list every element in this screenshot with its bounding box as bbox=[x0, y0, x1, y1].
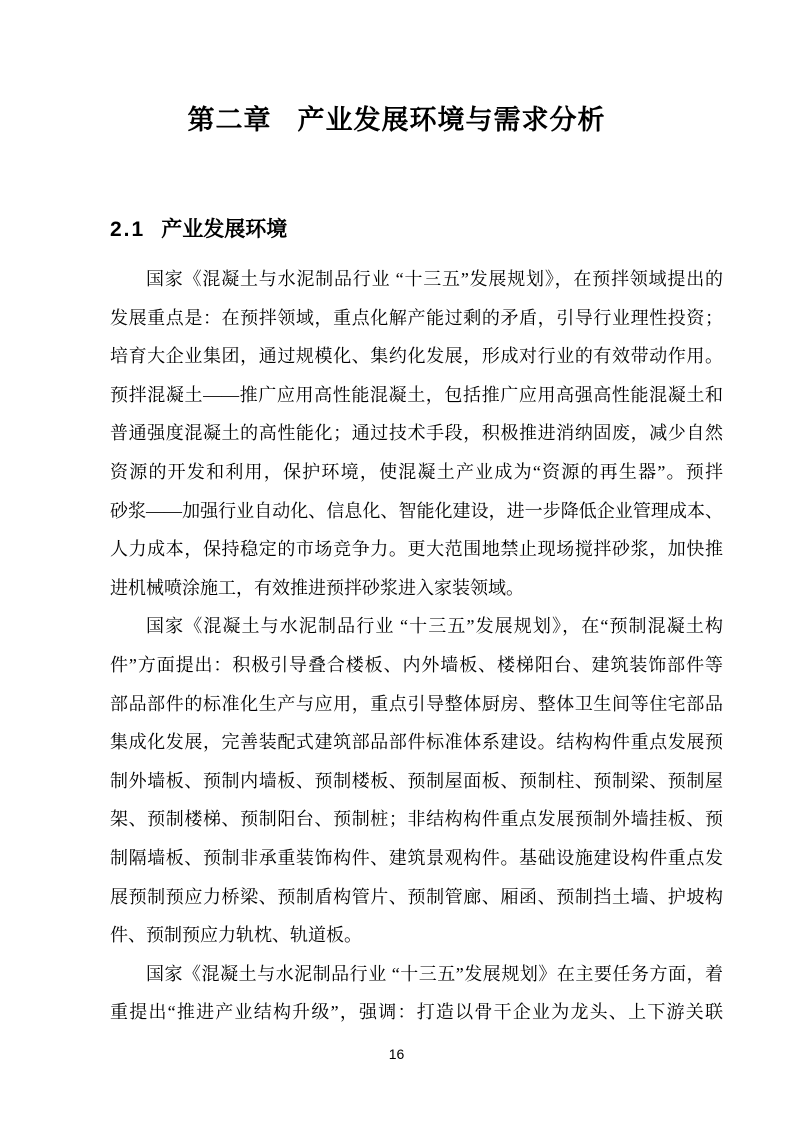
text-line: 制外墙板、预制内墙板、预制楼板、预制屋面板、预制柱、预制梁、预制屋 bbox=[110, 762, 723, 801]
text-line: 国家《混凝土与水泥制品行业 “十三五”发展规划》在主要任务方面，着 bbox=[110, 955, 723, 994]
text-line: 普通强度混凝土的高性能化；通过技术手段，积极推进消纳固废，减少自然 bbox=[110, 414, 723, 453]
text-line: 进机械喷涂施工，有效推进预拌砂浆进入家装领域。 bbox=[110, 569, 723, 608]
text-line: 人力成本，保持稳定的市场竞争力。更大范围地禁止现场搅拌砂浆，加快推 bbox=[110, 530, 723, 569]
paragraph: 国家《混凝土与水泥制品行业 “十三五”发展规划》在主要任务方面，着 重提出“推进… bbox=[110, 955, 723, 1032]
text-line: 资源的开发和利用，保护环境，使混凝土产业成为“资源的再生器”。预拌 bbox=[110, 453, 723, 492]
page-number: 16 bbox=[0, 1046, 793, 1062]
text-line: 件”方面提出：积极引导叠合楼板、内外墙板、楼梯阳台、建筑装饰部件等 bbox=[110, 646, 723, 685]
text-line: 重提出“推进产业结构升级”，强调：打造以骨干企业为龙头、上下游关联 bbox=[110, 993, 723, 1032]
text-line: 培育大企业集团，通过规模化、集约化发展，形成对行业的有效带动作用。 bbox=[110, 337, 723, 376]
section-number: 2.1 bbox=[110, 218, 145, 241]
text-line: 制隔墙板、预制非承重装饰构件、建筑景观构件。基础设施建设构件重点发 bbox=[110, 839, 723, 878]
text-line: 件、预制预应力轨枕、轨道板。 bbox=[110, 916, 723, 955]
section-heading: 2.1产业发展环境 bbox=[110, 213, 287, 243]
text-line: 国家《混凝土与水泥制品行业 “十三五”发展规划》，在预拌领域提出的 bbox=[110, 260, 723, 299]
document-page: 第二章产业发展环境与需求分析 2.1产业发展环境 国家《混凝土与水泥制品行业 “… bbox=[0, 0, 793, 1122]
body-text: 国家《混凝土与水泥制品行业 “十三五”发展规划》，在预拌领域提出的 发展重点是：… bbox=[110, 260, 723, 1032]
text-line: 预拌混凝土——推广应用高性能混凝土，包括推广应用高强高性能混凝土和 bbox=[110, 376, 723, 415]
chapter-title-text: 产业发展环境与需求分析 bbox=[298, 105, 606, 135]
text-line: 集成化发展，完善装配式建筑部品部件标准体系建设。结构构件重点发展预 bbox=[110, 723, 723, 762]
text-line: 发展重点是：在预拌领域，重点化解产能过剩的矛盾，引导行业理性投资； bbox=[110, 299, 723, 338]
chapter-number: 第二章 bbox=[188, 105, 272, 135]
section-title-text: 产业发展环境 bbox=[161, 218, 287, 241]
paragraph: 国家《混凝土与水泥制品行业 “十三五”发展规划》，在“预制混凝土构 件”方面提出… bbox=[110, 607, 723, 954]
text-line: 国家《混凝土与水泥制品行业 “十三五”发展规划》，在“预制混凝土构 bbox=[110, 607, 723, 646]
paragraph: 国家《混凝土与水泥制品行业 “十三五”发展规划》，在预拌领域提出的 发展重点是：… bbox=[110, 260, 723, 607]
text-line: 部品部件的标准化生产与应用，重点引导整体厨房、整体卫生间等住宅部品 bbox=[110, 685, 723, 724]
chapter-title: 第二章产业发展环境与需求分析 bbox=[0, 98, 793, 137]
text-line: 架、预制楼梯、预制阳台、预制桩；非结构构件重点发展预制外墙挂板、预 bbox=[110, 800, 723, 839]
text-line: 展预制预应力桥梁、预制盾构管片、预制管廊、厢函、预制挡土墙、护坡构 bbox=[110, 878, 723, 917]
text-line: 砂浆——加强行业自动化、信息化、智能化建设，进一步降低企业管理成本、 bbox=[110, 492, 723, 531]
